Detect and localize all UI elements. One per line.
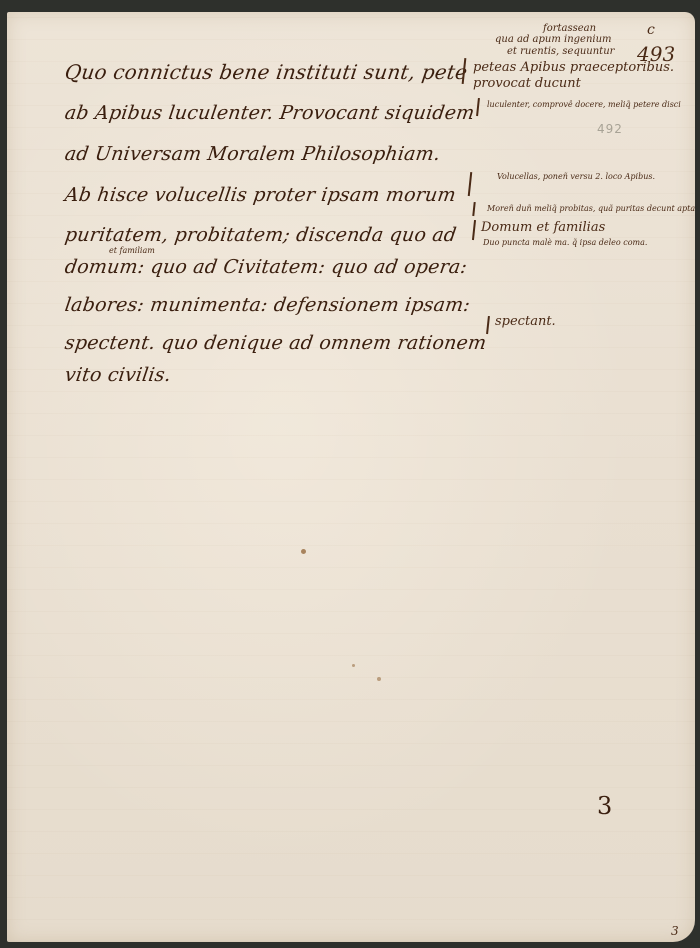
main-text-line-7: labores: munimenta: defensionem ipsam: xyxy=(63,294,471,316)
margin-note-line4: Volucellas, poneñ versu 2. loco Apibus. xyxy=(497,172,655,181)
margin-note-line5: Moreñ duñ meliq̃ probitas, quã puritas d… xyxy=(487,204,695,213)
ink-stain xyxy=(377,677,381,681)
bottom-corner-number: 3 xyxy=(671,924,679,938)
margin-note-line6-small: Duo puncta malè ma. q̃ ipsa deleo coma. xyxy=(483,238,647,247)
margin-note-line6-large: Domum et familias xyxy=(481,220,605,235)
margin-note-top-3: et ruentis, sequuntur xyxy=(507,46,614,57)
manuscript-page: Quo connictus bene instituti sunt, pete … xyxy=(7,12,695,942)
margin-bar xyxy=(472,220,476,240)
margin-bar xyxy=(476,98,479,116)
margin-bar xyxy=(472,202,475,216)
margin-note-line8: spectant. xyxy=(495,314,556,329)
ink-stain xyxy=(301,549,306,554)
main-text-line-3: ad Universam Moralem Philosophiam. xyxy=(63,143,441,165)
main-text-line-9: vito civilis. xyxy=(63,364,172,386)
ink-stain xyxy=(352,664,355,667)
main-text-line-6: domum: quo ad Civitatem: quo ad opera: xyxy=(63,256,468,278)
margin-note-top-2: qua ad apum ingenium xyxy=(495,34,612,45)
main-text-line-5: puritatem, probitatem; discenda quo ad xyxy=(63,224,457,246)
interlinear-addition: et familiam xyxy=(109,246,155,255)
main-text-line-8: spectent. quo denique ad omnem rationem xyxy=(63,332,487,354)
corner-ink-mark: c xyxy=(647,22,655,38)
folio-number-pencil: 492 xyxy=(597,122,623,136)
margin-note-top-large-2: provocat ducunt xyxy=(473,76,581,91)
main-text-line-4: Ab hisce volucellis proter ipsam morum xyxy=(63,184,457,206)
margin-note-line2: luculenter, comprovê docere, meliq̃ pete… xyxy=(487,100,681,109)
margin-bar xyxy=(486,316,489,334)
main-text-line-2: ab Apibus luculenter. Provocant siquidem xyxy=(63,102,476,124)
mid-page-mark: 3 xyxy=(597,792,612,820)
margin-bar xyxy=(468,172,472,196)
margin-note-top-1: fortassean xyxy=(543,23,596,34)
main-text-line-1: Quo connictus bene instituti sunt, pete xyxy=(63,60,469,84)
folio-number-ink: 493 xyxy=(637,42,675,66)
